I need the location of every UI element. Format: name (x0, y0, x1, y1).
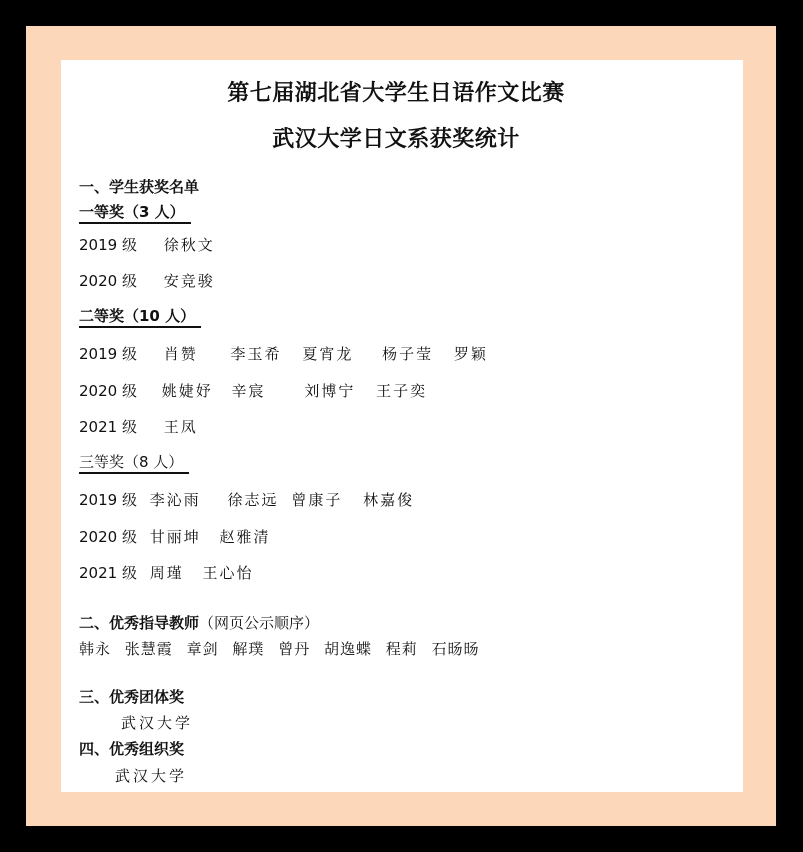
third-prize-row: 2019 级 李沁雨 徐志远 曾康子 林嘉俊 (79, 489, 414, 510)
teacher-name: 张慧霞 (125, 640, 173, 658)
document-subtitle: 武汉大学日文系获奖统计 (55, 122, 737, 153)
third-prize-label: 三等奖（8 人） (79, 452, 189, 474)
teacher-name: 韩永 (79, 640, 111, 658)
section-heading-teachers: 二、优秀指导教师（网页公示顺序） (79, 612, 319, 633)
teacher-list: 韩永 张慧霞 章剑 解璞 曾丹 胡逸蝶 程莉 石旸旸 (79, 638, 488, 659)
second-prize-row: 2020 级 姚婕妤 辛宸 刘博宁 王子奕 (79, 380, 427, 401)
section-heading-team-award: 三、优秀团体奖 (79, 686, 184, 707)
first-prize-row: 2019 级 徐秋文 (79, 234, 215, 255)
document-title: 第七届湖北省大学生日语作文比赛 (55, 76, 737, 107)
teacher-name: 程莉 (386, 640, 418, 658)
teacher-name: 章剑 (187, 640, 219, 658)
second-prize-row: 2019 级 肖赞 李玉希 夏宵龙 杨子莹 罗颖 (79, 343, 488, 364)
team-award-value: 武汉大学 (121, 712, 193, 733)
teacher-name: 解璞 (232, 640, 264, 658)
teacher-name: 胡逸蝶 (324, 640, 372, 658)
first-prize-row: 2020 级 安竞骏 (79, 270, 215, 291)
section-heading-organization-award: 四、优秀组织奖 (79, 738, 184, 759)
section-heading-students: 一、学生获奖名单 (79, 176, 199, 197)
third-prize-row: 2020 级 甘丽坤 赵雅清 (79, 526, 271, 547)
teacher-name: 曾丹 (278, 640, 310, 658)
second-prize-label: 二等奖（10 人） (79, 306, 201, 328)
third-prize-row: 2021 级 周瑾 王心怡 (79, 562, 254, 583)
second-prize-row: 2021 级 王凤 (79, 416, 198, 437)
document-page: 第七届湖北省大学生日语作文比赛 武汉大学日文系获奖统计 一、学生获奖名单 一等奖… (61, 60, 743, 792)
first-prize-label: 一等奖（3 人） (79, 202, 191, 224)
teacher-name: 石旸旸 (432, 640, 480, 658)
organization-award-value: 武汉大学 (115, 765, 187, 786)
